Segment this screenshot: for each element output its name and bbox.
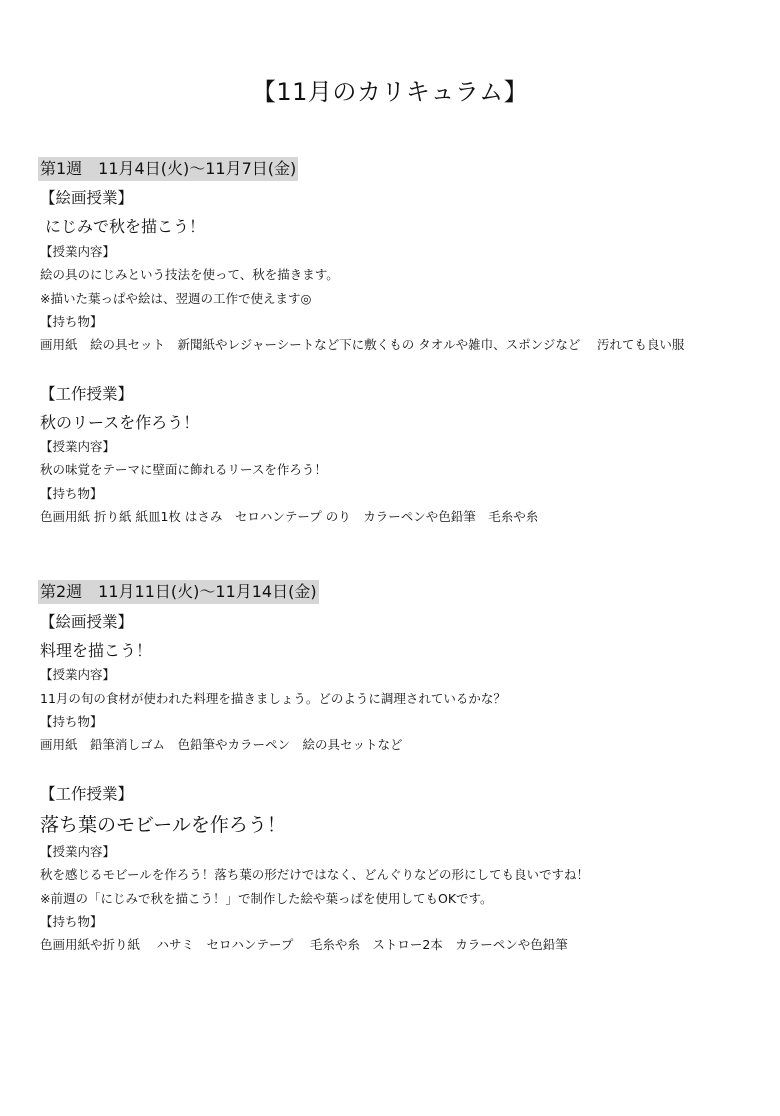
week-2-painting-content-line-1: 11月の旬の食材が使われた料理を描きましょう。どのように調理されているかな？	[40, 689, 506, 707]
week-1-heading: 第1週 11月4日(火)〜11月7日(金)	[38, 157, 298, 181]
week-1-painting-lesson-title: にじみで秋を描こう！	[45, 214, 205, 237]
week-1-painting-section-label: 【絵画授業】	[40, 186, 133, 208]
week-2-painting-items: 画用紙 鉛筆消しゴム 色鉛筆やカラーペン 絵の具セットなど	[40, 735, 403, 753]
week-2-painting-lesson-title: 料理を描こう！	[40, 638, 152, 661]
week-2-craft-content-line-1: 秋を感じるモビールを作ろう！落ち葉の形だけではなく、どんぐりなどの形にしても良い…	[40, 865, 589, 883]
week-2-painting-content-label: 【授業内容】	[40, 665, 115, 683]
week-1-painting-items: 画用紙 絵の具セット 新聞紙やレジャーシートなど下に敷くもの タオルや雑巾、スポ…	[40, 335, 684, 353]
week-2-painting-section-label: 【絵画授業】	[40, 610, 133, 632]
week-1-craft-content-label: 【授業内容】	[40, 437, 115, 455]
week-1-craft-section-label: 【工作授業】	[40, 382, 133, 404]
week-1-craft-items-label: 【持ち物】	[40, 484, 103, 502]
week-2-craft-lesson-title: 落ち葉のモビールを作ろう！	[40, 810, 286, 837]
week-2-heading: 第2週 11月11日(火)〜11月14日(金)	[38, 580, 319, 604]
week-1-craft-lesson-title: 秋のリースを作ろう！	[40, 410, 199, 433]
week-1-painting-content-line-1: 絵の具のにじみという技法を使って、秋を描きます。	[40, 265, 339, 283]
week-2-craft-items-label: 【持ち物】	[40, 912, 103, 930]
week-1-painting-content-label: 【授業内容】	[40, 242, 115, 260]
week-2-craft-section-label: 【工作授業】	[40, 782, 133, 804]
week-1-painting-items-label: 【持ち物】	[40, 312, 103, 330]
week-2-craft-content-line-2: ※前週の「にじみで秋を描こう！」で制作した絵や葉っぱを使用してもOKです。	[40, 889, 493, 907]
week-2-painting-items-label: 【持ち物】	[40, 712, 103, 730]
week-1-craft-items: 色画用紙 折り紙 紙皿1枚 はさみ セロハンテープ のり カラーペンや色鉛筆 毛…	[40, 507, 538, 525]
page-title: 【11月のカリキュラム】	[0, 72, 780, 107]
week-1-painting-content-line-2: ※描いた葉っぱや絵は、翌週の工作で使えます◎	[40, 289, 311, 307]
week-2-craft-content-label: 【授業内容】	[40, 842, 115, 860]
week-2-craft-items: 色画用紙や折り紙 ハサミ セロハンテープ 毛糸や糸 ストロー2本 カラーペンや色…	[40, 935, 568, 953]
week-1-craft-content-line-1: 秋の味覚をテーマに壁面に飾れるリースを作ろう！	[40, 460, 327, 478]
